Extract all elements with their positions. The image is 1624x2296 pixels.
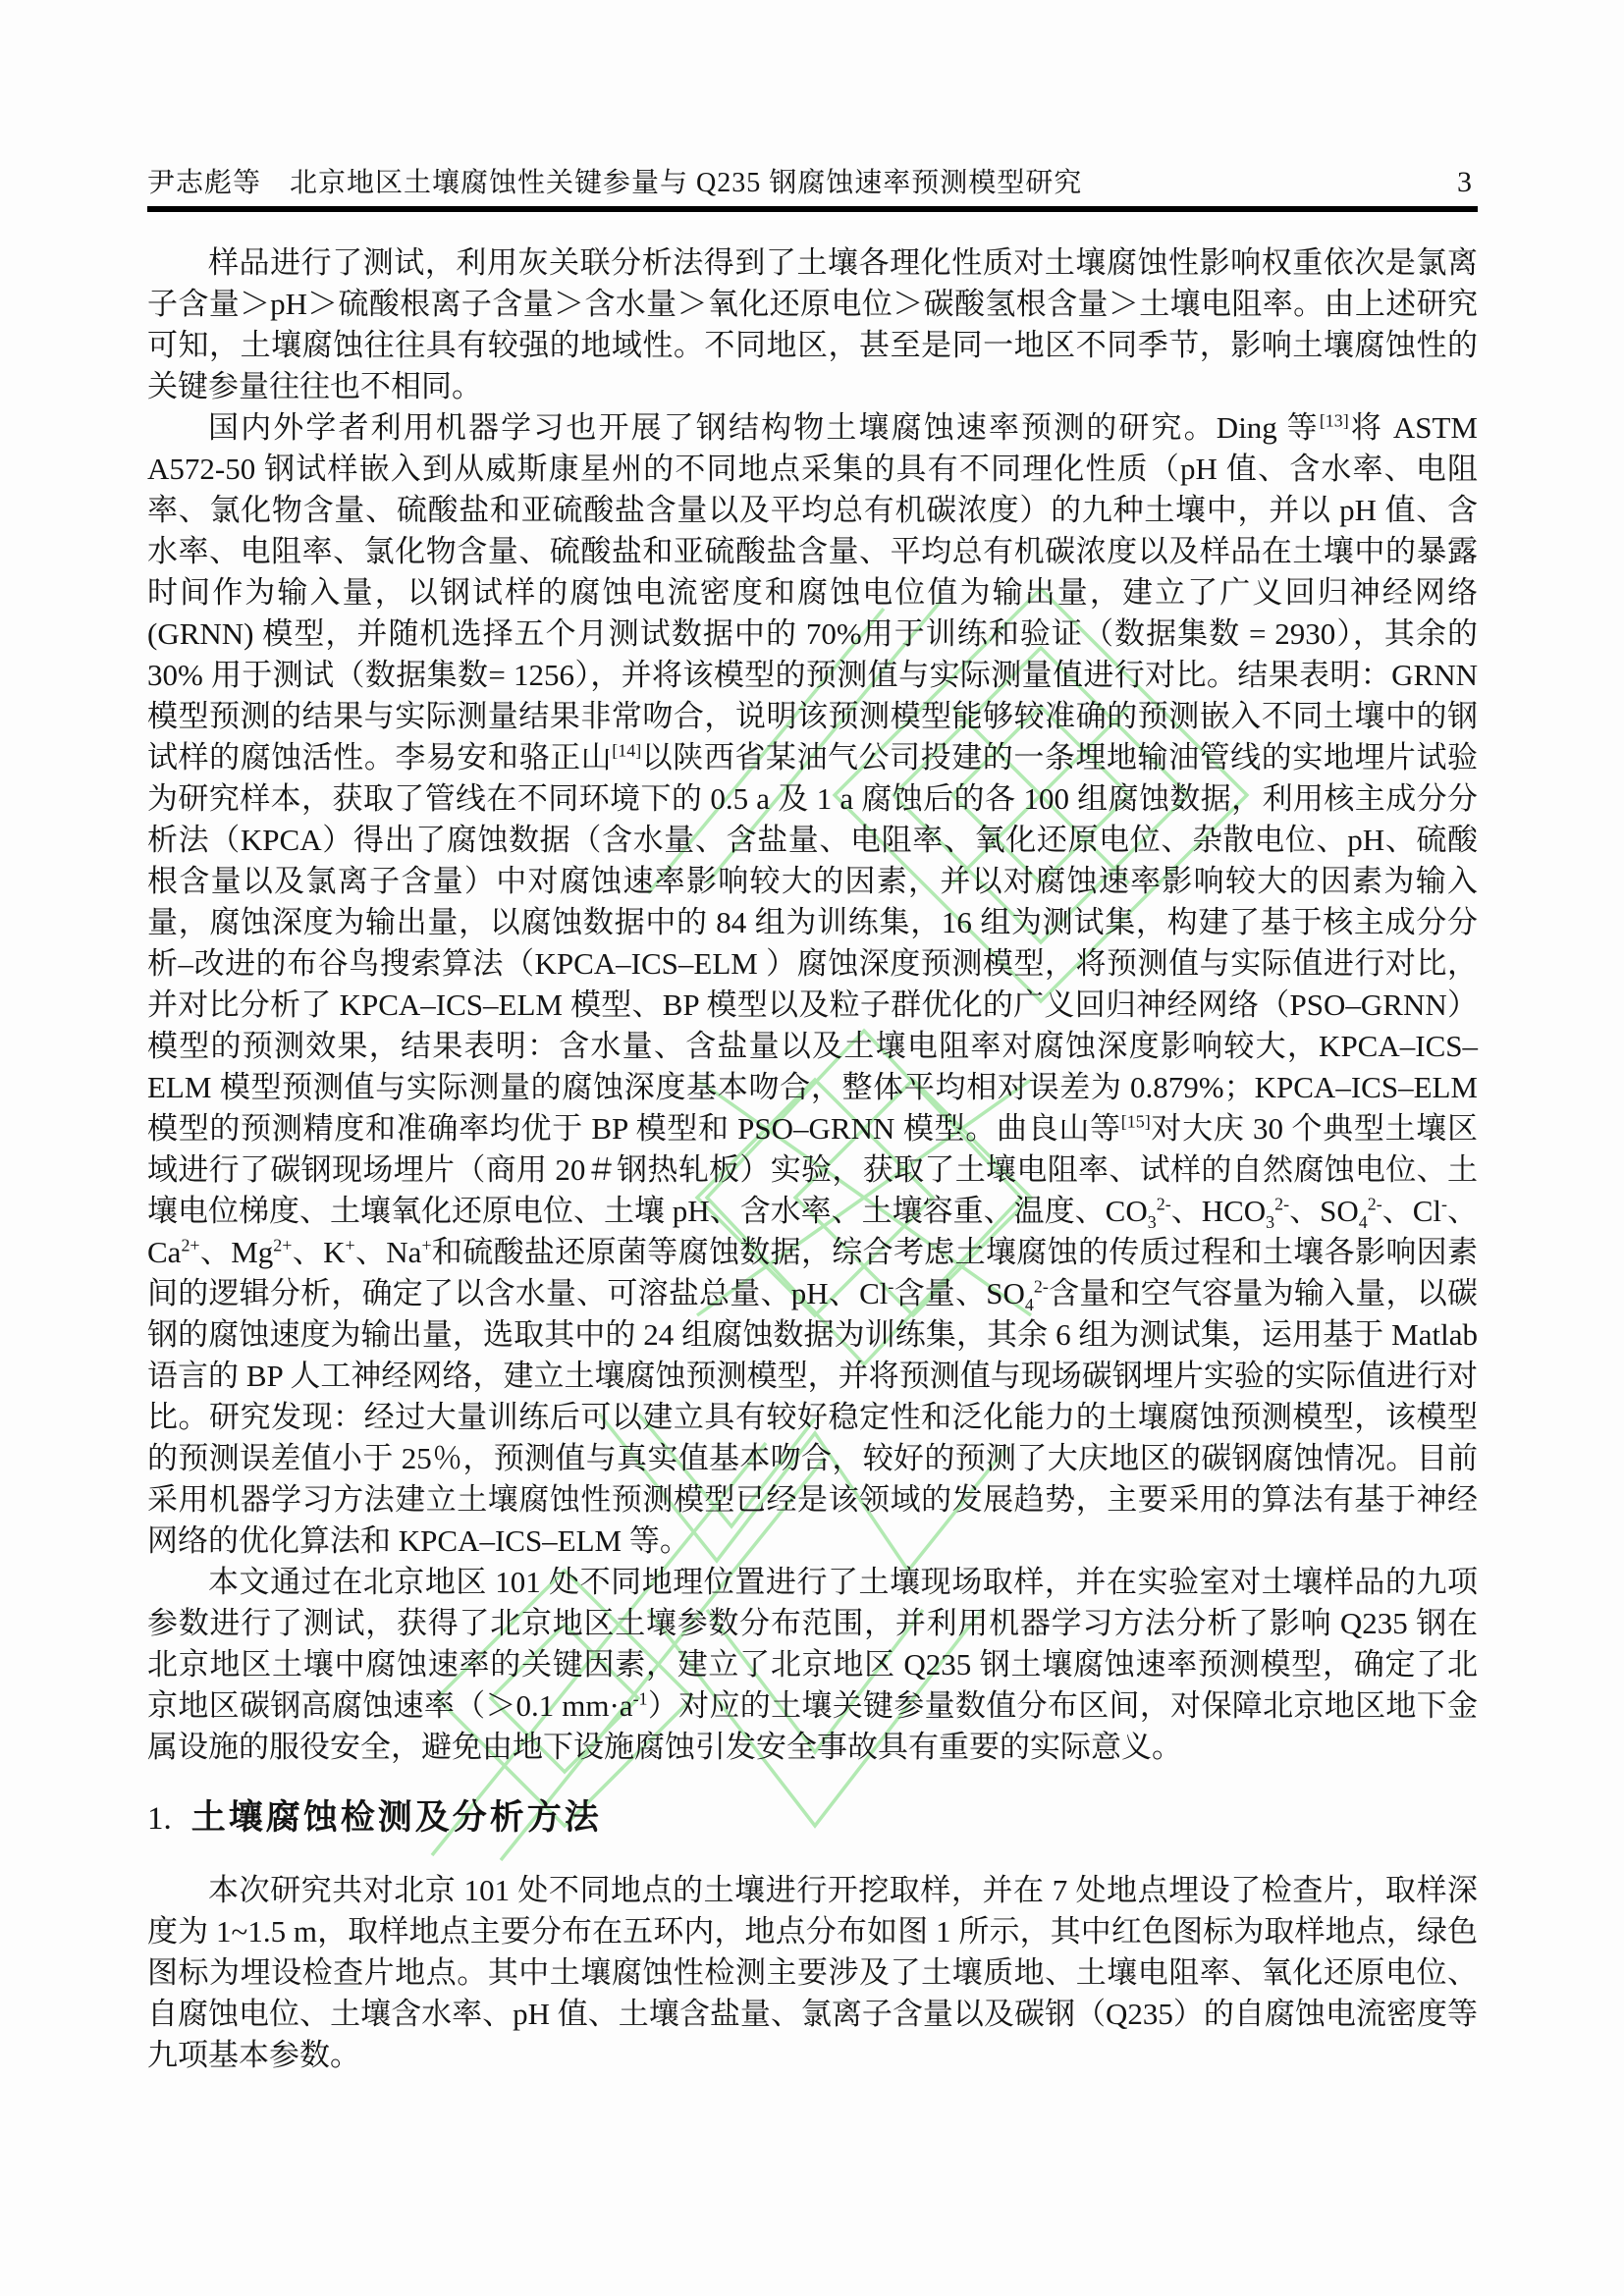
section-heading-number: 1. [147,1801,172,1837]
header-rule-divider [147,206,1478,212]
running-title: 尹志彪等 北京地区土壤腐蚀性关键参量与 Q235 钢腐蚀速率预测模型研究 [147,161,1082,200]
paper-page: 尹志彪等 北京地区土壤腐蚀性关键参量与 Q235 钢腐蚀速率预测模型研究 3 样… [0,0,1624,2296]
section-heading: 1.土壤腐蚀检测及分析方法 [147,1793,1478,1841]
page-header: 尹志彪等 北京地区土壤腐蚀性关键参量与 Q235 钢腐蚀速率预测模型研究 3 [147,161,1478,200]
page-number: 3 [1457,166,1478,199]
section-heading-text: 土壤腐蚀检测及分析方法 [191,1798,602,1837]
article-body: 样品进行了测试，利用灰关联分析法得到了土壤各理化性质对土壤腐蚀性影响权重依次是氯… [147,242,1478,2076]
body-paragraph: 国内外学者利用机器学习也开展了钢结构物土壤腐蚀速率预测的研究。Ding 等[13… [147,407,1478,1562]
body-paragraph: 样品进行了测试，利用灰关联分析法得到了土壤各理化性质对土壤腐蚀性影响权重依次是氯… [147,242,1478,407]
body-paragraph: 本文通过在北京地区 101 处不同地理位置进行了土壤现场取样，并在实验室对土壤样… [147,1562,1478,1768]
body-paragraph: 本次研究共对北京 101 处不同地点的土壤进行开挖取样，并在 7 处地点埋设了检… [147,1870,1478,2076]
